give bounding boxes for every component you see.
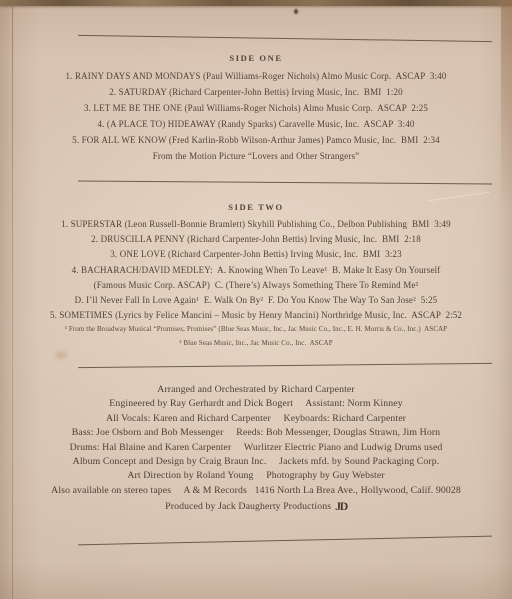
side-two-track-1: 1. SUPERSTAR (Leon Russell-Bonnie Bramle… <box>40 217 472 232</box>
side-one-section: SIDE ONE 1. RAINY DAYS AND MONDAYS (Paul… <box>40 51 472 164</box>
footnote-2: ² Blue Seas Music, Inc., Jac Music Co., … <box>40 337 472 351</box>
side-one-header: SIDE ONE <box>40 51 472 66</box>
left-fold-seam <box>12 6 13 599</box>
side-one-track-4: 4. (A PLACE TO) HIDEAWAY (Randy Sparks) … <box>40 116 472 132</box>
side-two-track-5: 5. SOMETIMES (Lyrics by Felice Mancini –… <box>40 308 472 323</box>
credit-bass-reeds: Bass: Joe Osborn and Bob Messenger Reeds… <box>40 426 472 440</box>
produced-by-text: Produced by Jack Daugherty Productions <box>165 501 331 512</box>
side-two-track-4a: 4. BACHARACH/DAVID MEDLEY: A. Knowing Wh… <box>40 263 472 278</box>
side-two-track-4c: D. I’ll Never Fall In Love Again¹ E. Wal… <box>40 293 472 308</box>
side-two-header: SIDE TWO <box>40 200 472 215</box>
credit-engineered: Engineered by Ray Gerhardt and Dick Boge… <box>40 397 472 411</box>
jacket-right-edge <box>501 0 512 210</box>
ink-speck <box>293 8 299 15</box>
credit-produced-by: Produced by Jack Daugherty ProductionsJD <box>40 498 472 514</box>
credit-arranged: Arranged and Orchestrated by Richard Car… <box>40 383 472 397</box>
side-one-track-1: 1. RAINY DAYS AND MONDAYS (Paul Williams… <box>40 68 472 84</box>
side-two-track-4b: (Famous Music Corp. ASCAP) C. (There’s) … <box>40 278 472 293</box>
side-one-track-2: 2. SATURDAY (Richard Carpenter-John Bett… <box>40 84 472 100</box>
credit-tapes-label-address: Also available on stereo tapes A & M Rec… <box>40 484 472 498</box>
side-two-track-2: 2. DRUSCILLA PENNY (Richard Carpenter-Jo… <box>40 232 472 247</box>
side-two-track-3: 3. ONE LOVE (Richard Carpenter-John Bett… <box>40 247 472 262</box>
footnote-1: ¹ From the Broadway Musical “Promises, P… <box>40 323 472 337</box>
side-one-track-5: 5. FOR ALL WE KNOW (Fred Karlin-Robb Wil… <box>40 132 472 148</box>
jacket-top-edge <box>0 0 512 6</box>
jd-logo-icon: JD <box>335 499 347 513</box>
side-one-track-3: 3. LET ME BE THE ONE (Paul Williams-Roge… <box>40 100 472 116</box>
credit-vocals-keyboards: All Vocals: Karen and Richard Carpenter … <box>40 412 472 426</box>
credits-section: Arranged and Orchestrated by Richard Car… <box>40 383 472 515</box>
credit-design-jackets: Album Concept and Design by Craig Braun … <box>40 455 472 469</box>
film-note: From the Motion Picture “Lovers and Othe… <box>40 148 472 164</box>
album-back-cover-photo: SIDE ONE 1. RAINY DAYS AND MONDAYS (Paul… <box>0 0 512 599</box>
credit-drums-instruments: Drums: Hal Blaine and Karen Carpenter Wu… <box>40 441 472 455</box>
credit-art-photography: Art Direction by Roland Young Photograph… <box>40 469 472 483</box>
side-two-section: SIDE TWO 1. SUPERSTAR (Leon Russell-Bonn… <box>40 200 472 350</box>
